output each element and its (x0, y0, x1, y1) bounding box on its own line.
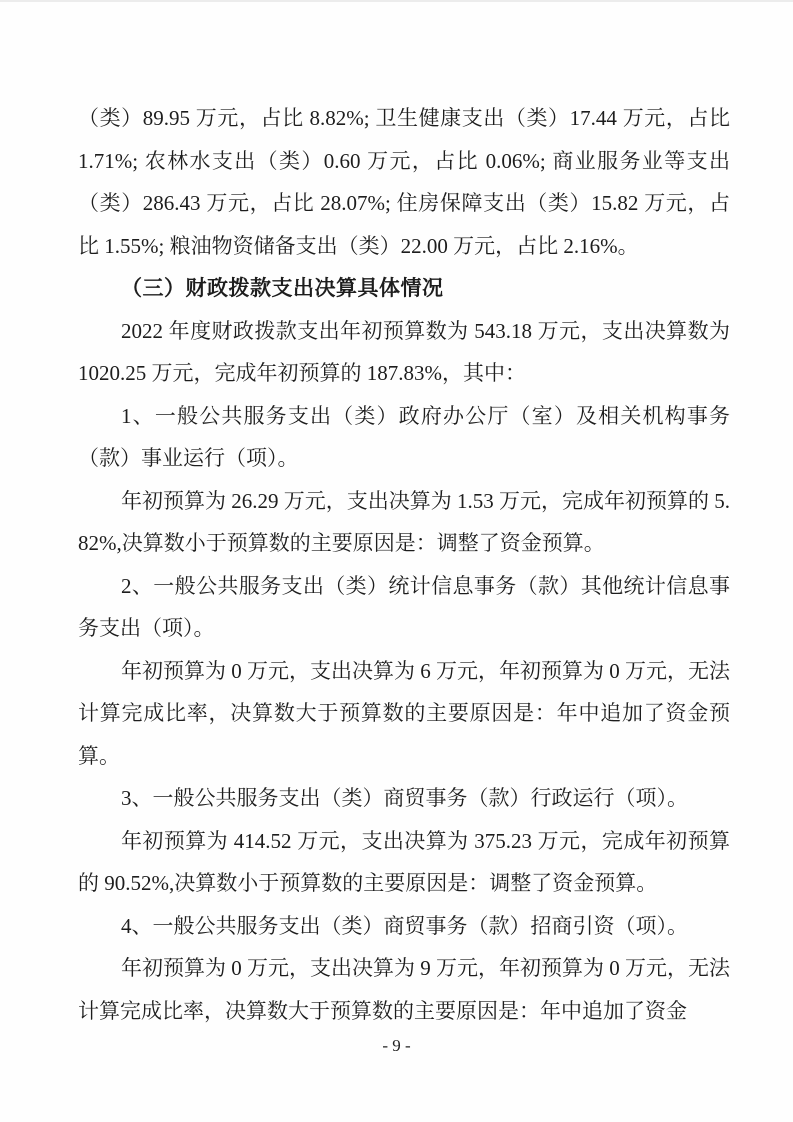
paragraph-item-1-title: 1、一般公共服务支出（类）政府办公厅（室）及相关机构事务（款）事业运行（项）。 (78, 395, 730, 480)
section-heading: （三）财政拨款支出决算具体情况 (78, 267, 730, 310)
page-footer: - 9 - (0, 1035, 793, 1057)
paragraph-item-1-detail: 年初预算为 26.29 万元，支出决算为 1.53 万元，完成年初预算的 5.8… (78, 480, 730, 565)
document-body: （类）89.95 万元，占比 8.82%; 卫生健康支出（类）17.44 万元，… (78, 97, 730, 1032)
paragraph-item-4-detail: 年初预算为 0 万元，支出决算为 9 万元，年初预算为 0 万元，无法计算完成比… (78, 947, 730, 1032)
paragraph-item-4-title: 4、一般公共服务支出（类）商贸事务（款）招商引资（项）。 (78, 905, 730, 948)
paragraph-item-2-title: 2、一般公共服务支出（类）统计信息事务（款）其他统计信息事务支出（项）。 (78, 565, 730, 650)
paragraph-expenditure-shares-continuation: （类）89.95 万元，占比 8.82%; 卫生健康支出（类）17.44 万元，… (78, 97, 730, 267)
paragraph-item-3-title: 3、一般公共服务支出（类）商贸事务（款）行政运行（项）。 (78, 777, 730, 820)
paragraph-item-2-detail: 年初预算为 0 万元，支出决算为 6 万元，年初预算为 0 万元，无法计算完成比… (78, 650, 730, 778)
page-number: - 9 - (382, 1036, 410, 1055)
page-top-edge-divider (0, 0, 793, 2)
paragraph-item-3-detail: 年初预算为 414.52 万元，支出决算为 375.23 万元，完成年初预算的 … (78, 820, 730, 905)
paragraph-budget-overview: 2022 年度财政拨款支出年初预算数为 543.18 万元，支出决算数为 102… (78, 310, 730, 395)
document-page: （类）89.95 万元，占比 8.82%; 卫生健康支出（类）17.44 万元，… (0, 0, 793, 1122)
